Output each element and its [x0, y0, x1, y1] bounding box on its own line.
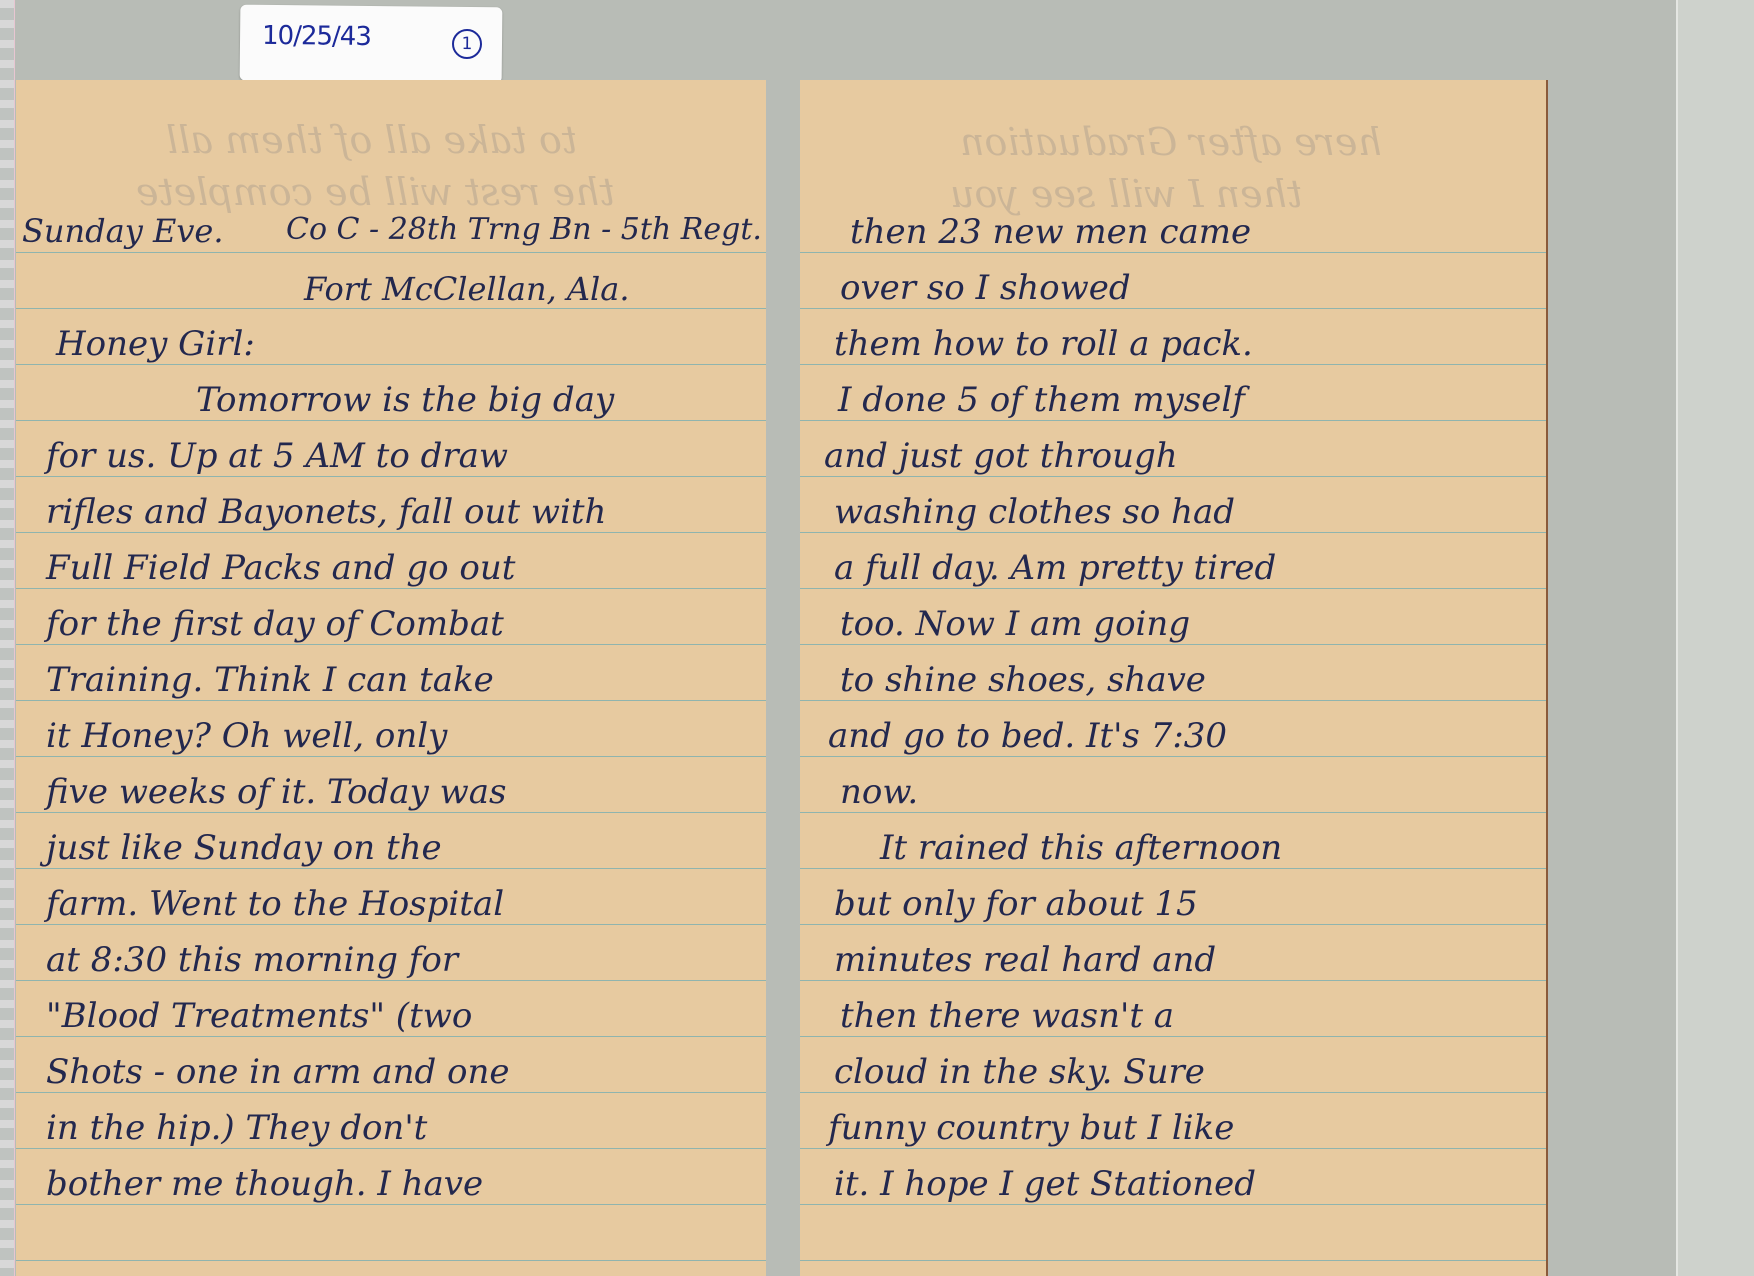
letter-page-left: to take all of them all the rest will be…: [16, 80, 766, 1276]
letter-line: Tomorrow is the big day: [196, 380, 766, 420]
letter-line: cloud in the sky. Sure: [834, 1052, 1546, 1092]
letter-line: a full day. Am pretty tired: [834, 548, 1546, 588]
salutation: Honey Girl:: [56, 324, 766, 364]
letter-line: just like Sunday on the: [46, 828, 766, 868]
letter-line: then 23 new men came: [850, 212, 1546, 252]
heading-unit: Co C - 28th Trng Bn - 5th Regt.: [286, 212, 766, 247]
letter-page-right: here after Graduation then I will see yo…: [800, 80, 1548, 1276]
letter-line: for us. Up at 5 AM to draw: [46, 436, 766, 476]
letter-line: funny country but I like: [828, 1108, 1546, 1148]
sleeve-margin: [1676, 0, 1754, 1276]
letter-line: to shine shoes, shave: [840, 660, 1546, 700]
letter-line: rifles and Bayonets, fall out with: [46, 492, 766, 532]
letter-line: at 8:30 this morning for: [46, 940, 766, 980]
letter-line: I done 5 of them myself: [838, 380, 1546, 420]
bleed-through-text: here after Graduation: [960, 120, 1382, 164]
letter-line: washing clothes so had: [834, 492, 1546, 532]
letter-line: in the hip.) They don't: [46, 1108, 766, 1148]
letter-line: minutes real hard and: [834, 940, 1546, 980]
bleed-through-text: to take all of them all: [166, 118, 577, 162]
letter-line: it Honey? Oh well, only: [46, 716, 766, 756]
binder-sleeve-edge: [0, 0, 15, 1276]
bleed-through-text: then I will see you: [950, 172, 1302, 216]
letter-line: too. Now I am going: [840, 604, 1546, 644]
letter-line: now.: [840, 772, 1546, 812]
letter-line: and go to bed. It's 7:30: [828, 716, 1546, 756]
letter-line: and just got through: [824, 436, 1546, 476]
letter-line: then there wasn't a: [840, 996, 1546, 1036]
letter-line: it. I hope I get Stationed: [834, 1164, 1546, 1204]
letter-line: them how to roll a pack.: [834, 324, 1546, 364]
letter-line: but only for about 15: [834, 884, 1546, 924]
letter-line: bother me though. I have: [46, 1164, 766, 1204]
heading-location: Fort McClellan, Ala.: [304, 270, 766, 308]
letter-line: Shots - one in arm and one: [46, 1052, 766, 1092]
letter-line: It rained this afternoon: [880, 828, 1546, 868]
letter-line: Full Field Packs and go out: [46, 548, 766, 588]
letter-line: "Blood Treatments" (two: [46, 996, 766, 1036]
label-date: 10/25/43: [262, 21, 371, 52]
letter-line: over so I showed: [840, 268, 1546, 308]
letter-line: farm. Went to the Hospital: [46, 884, 766, 924]
letter-line: five weeks of it. Today was: [46, 772, 766, 812]
label-page-number: 1: [452, 29, 482, 59]
date-label-card: 10/25/43 1: [240, 5, 503, 84]
bleed-through-text: the rest will be complete: [136, 170, 615, 214]
letter-line: Training. Think I can take: [46, 660, 766, 700]
letter-line: for the first day of Combat: [46, 604, 766, 644]
